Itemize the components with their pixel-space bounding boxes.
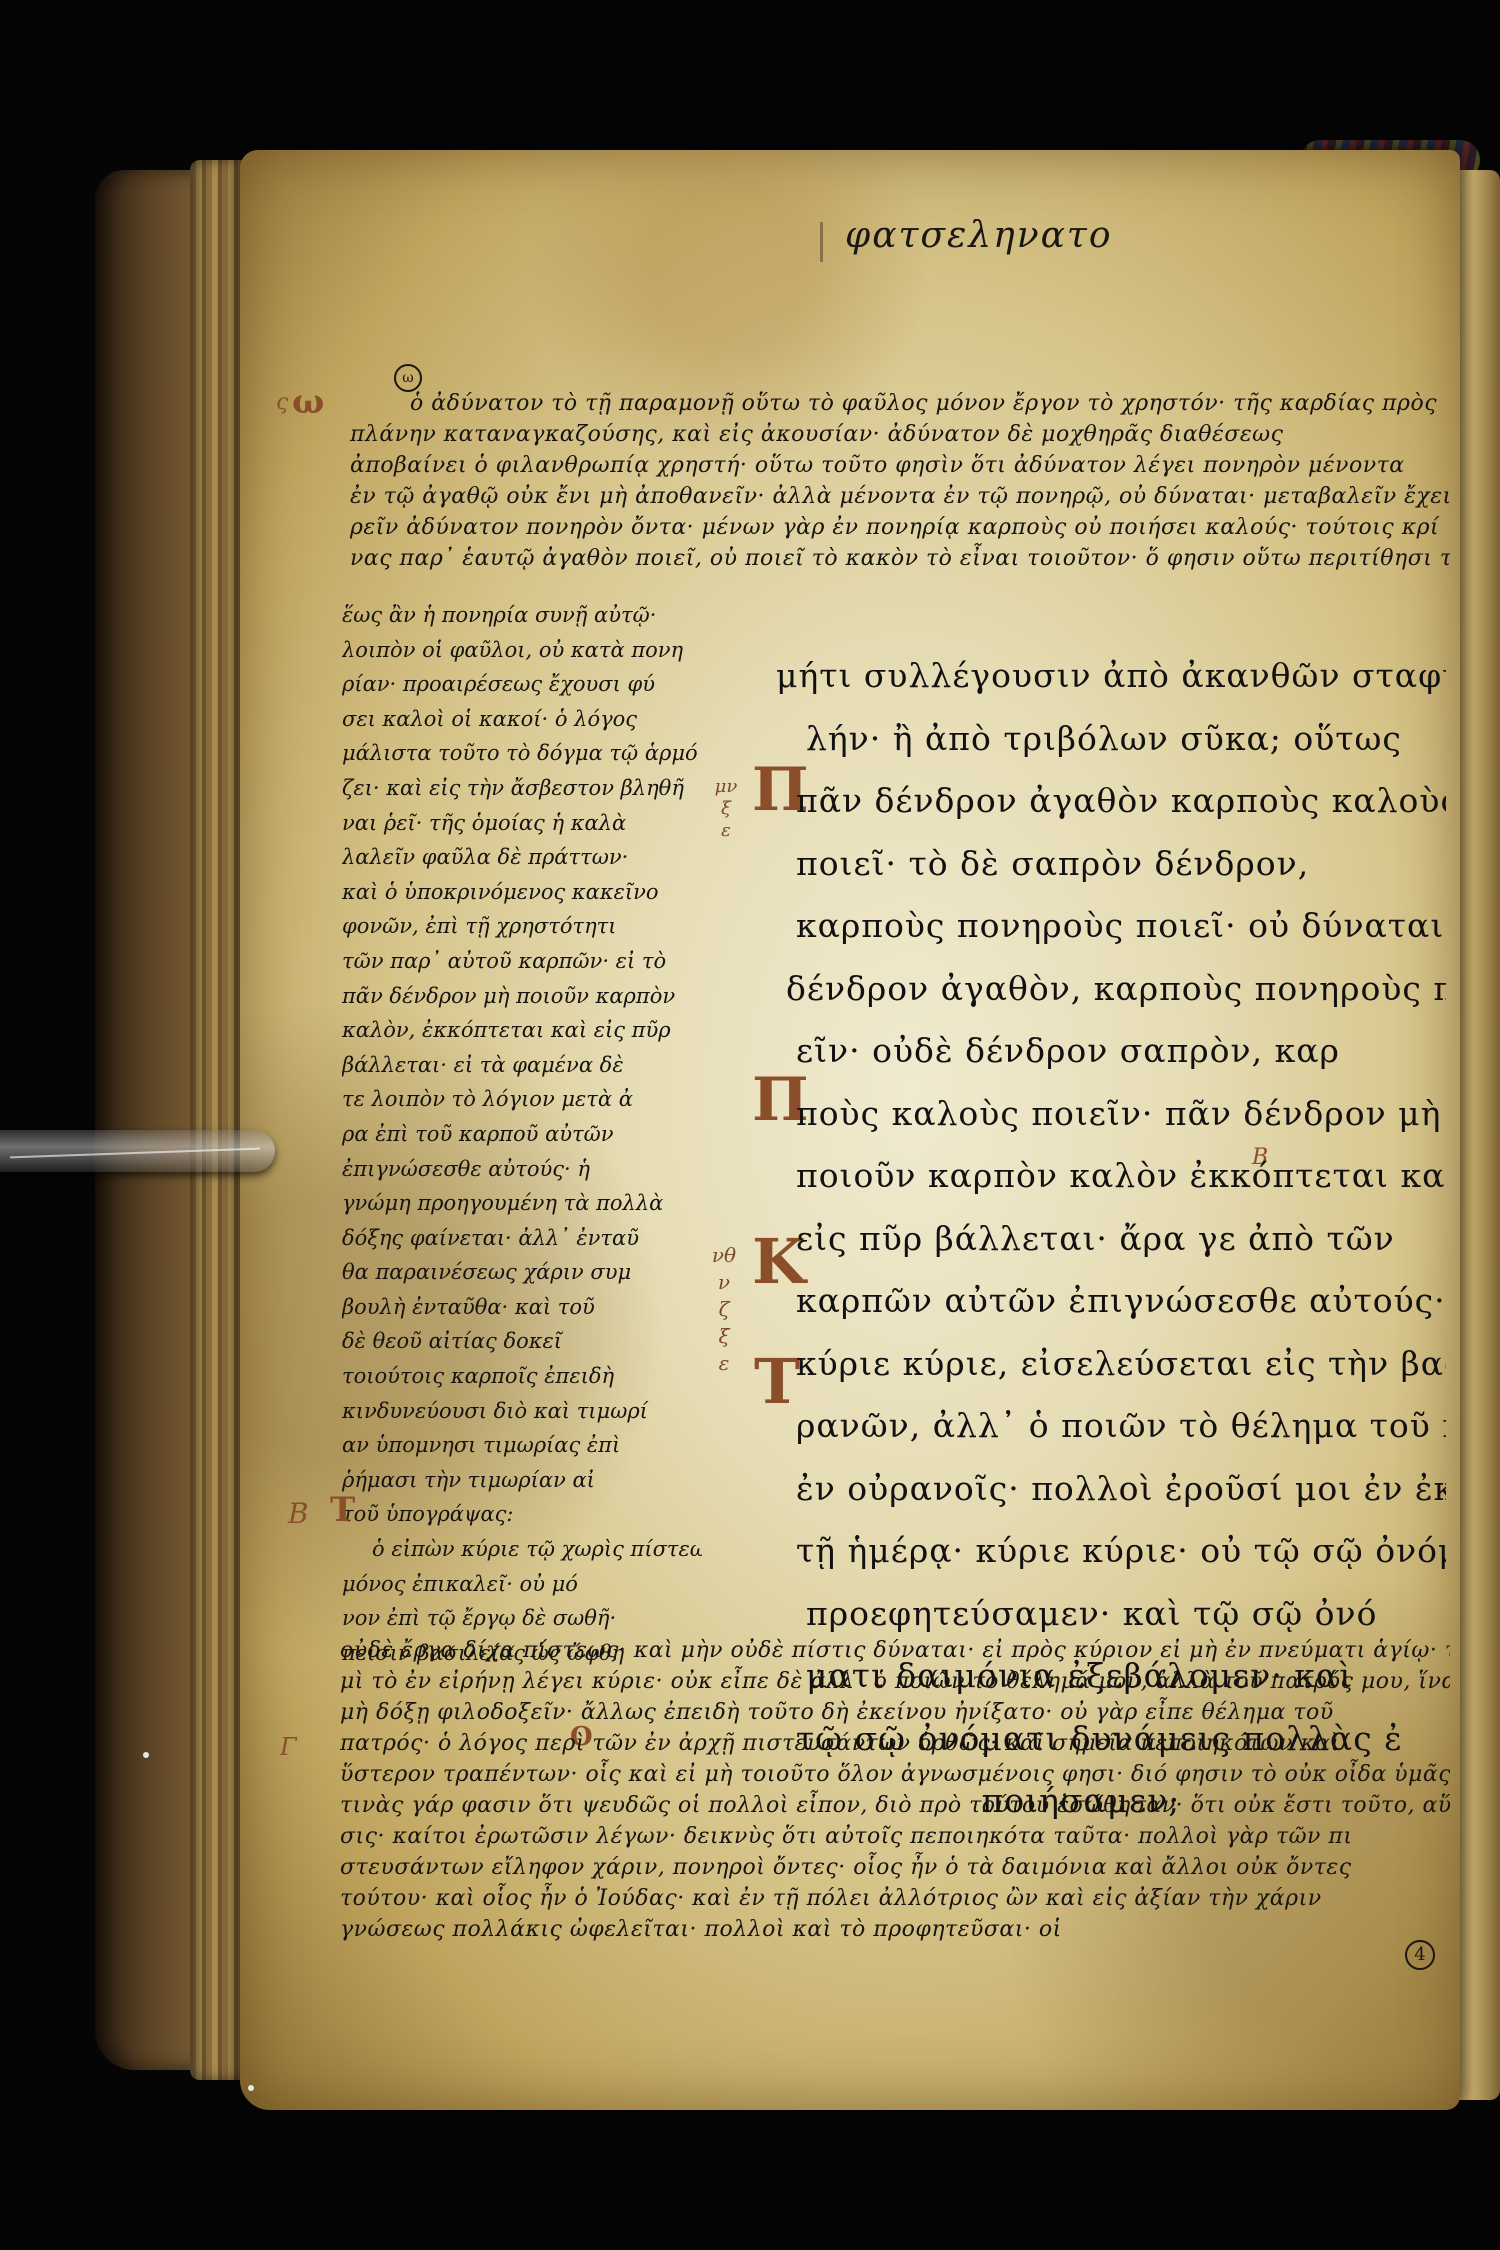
lemma-line: καρπῶν αὐτῶν ἐπιγνώσεσθε αὐτούς· οὐ πᾶς … xyxy=(776,1270,1446,1333)
lemma-line: κύριε κύριε, εἰσελεύσεται εἰς τὴν βασιλε… xyxy=(776,1333,1446,1396)
commentary-line: μάλιστα τοῦτο τὸ δόγμα τῷ ἁρμό xyxy=(342,736,702,771)
section-number: ξ xyxy=(706,798,746,820)
commentary-line: δόξης φαίνεται· ἀλλ᾽ ἐνταῦ xyxy=(342,1221,702,1256)
commentary-line: νας παρ᾽ ἑαυτῷ ἀγαθὸν ποιεῖ, οὐ ποιεῖ τὸ… xyxy=(330,543,1450,574)
commentary-top-block: ὁ ἀδύνατον τὸ τῇ παραμονῇ οὕτω τὸ φαῦλος… xyxy=(330,388,1450,574)
commentary-line: θα παραινέσεως χάριν συμ xyxy=(342,1255,702,1290)
commentary-line: φονῶν, ἐπὶ τῇ χρηστότητι xyxy=(342,909,702,944)
rubric-initial-tau-left: Τ xyxy=(330,1490,355,1530)
margin-mark-top-left: ς xyxy=(276,390,288,415)
commentary-line: δὲ θεοῦ αἰτίας δοκεῖ xyxy=(342,1324,702,1359)
commentary-line: τοῦ ὑπογράψας: xyxy=(342,1497,702,1532)
commentary-line: τούτου· καὶ οἷος ἦν ὁ Ἰούδας· καὶ ἐν τῇ … xyxy=(330,1883,1450,1914)
commentary-line: ἐν τῷ ἀγαθῷ οὐκ ἔνι μὴ ἀποθανεῖν· ἀλλὰ μ… xyxy=(330,481,1450,512)
commentary-line: πᾶν δένδρον μὴ ποιοῦν καρπὸν xyxy=(342,979,702,1014)
commentary-line: ρα ἐπὶ τοῦ καρποῦ αὐτῶν xyxy=(342,1117,702,1152)
commentary-line: βάλλεται· εἰ τὰ φαμένα δὲ xyxy=(342,1048,702,1083)
commentary-bottom-block: οὐδὲ ἔργα δίχα πίστεως· καὶ μὴν οὐδὲ πίσ… xyxy=(330,1635,1450,1945)
commentary-line: τινὰς γάρ φασιν ὅτι ψευδῶς οἱ πολλοὶ εἶπ… xyxy=(330,1790,1450,1821)
commentary-line: τοιούτοις καρποῖς ἐπειδὴ xyxy=(342,1359,702,1394)
commentary-line: ρίαν· προαιρέσεως ἔχουσι φύ xyxy=(342,667,702,702)
commentary-line: λαλεῖν φαῦλα δὲ πράττων· xyxy=(342,840,702,875)
commentary-line: γνώμη προηγουμένη τὰ πολλὰ xyxy=(342,1186,702,1221)
section-number: ε xyxy=(706,820,746,842)
commentary-line: βουλὴ ἐνταῦθα· καὶ τοῦ xyxy=(342,1290,702,1325)
lemma-line: δένδρον ἀγαθὸν, καρποὺς πονηροὺς ποι xyxy=(776,958,1446,1021)
quire-number-circle: 4 xyxy=(1405,1940,1435,1970)
commentary-line: γνώσεως πολλάκις ὠφελεῖται· πολλοὶ καὶ τ… xyxy=(330,1914,1450,1945)
commentary-left-column: ἕως ἂν ἡ πονηρία συνῇ αὐτῷ· λοιπὸν οἱ φα… xyxy=(342,598,702,1670)
commentary-line: ναι ῥεῖ· τῆς ὁμοίας ἡ καλὰ xyxy=(342,806,702,841)
lemma-line: ποὺς καλοὺς ποιεῖν· πᾶν δένδρον μὴ xyxy=(776,1083,1446,1146)
commentary-line: ζει· καὶ εἰς τὴν ἄσβεστον βληθῆ xyxy=(342,771,702,806)
commentary-line: οὐδὲ ἔργα δίχα πίστεως· καὶ μὴν οὐδὲ πίσ… xyxy=(330,1635,1450,1666)
lemma-line: εἰς πῦρ βάλλεται· ἄρα γε ἀπὸ τῶν xyxy=(776,1208,1446,1271)
pin-dot xyxy=(143,1752,149,1758)
commentary-line: νον ἐπὶ τῷ ἔργῳ δὲ σωθῆ· xyxy=(342,1601,702,1636)
commentary-line: πλάνην καταναγκαζούσης, καὶ εἰς ἀκουσίαν… xyxy=(330,419,1450,450)
lemma-line: λήν· ἢ ἀπὸ τριβόλων σῦκα; οὕτως xyxy=(776,708,1446,771)
commentary-line: σις· καίτοι ἐρωτῶσιν λέγων· δεικνὺς ὅτι … xyxy=(330,1821,1450,1852)
commentary-line: τῶν παρ᾽ αὐτοῦ καρπῶν· εἰ τὸ xyxy=(342,944,702,979)
commentary-line: καλὸν, ἐκκόπτεται καὶ εἰς πῦρ xyxy=(342,1013,702,1048)
commentary-line: ρεῖν ἀδύνατον πονηρὸν ὄντα· μένων γὰρ ἐν… xyxy=(330,512,1450,543)
commentary-line: ὕστερον τραπέντων· οἷς καὶ εἰ μὴ τοιοῦτο… xyxy=(330,1759,1450,1790)
lemma-line: πᾶν δένδρον ἀγαθὸν καρποὺς καλοὺς xyxy=(776,770,1446,833)
lemma-line: ρανῶν, ἀλλ᾽ ὁ ποιῶν τὸ θέλημα τοῦ πατρός… xyxy=(776,1395,1446,1458)
commentary-line: ὁ εἰπὼν κύριε τῷ χωρὶς πίστεως xyxy=(342,1532,702,1567)
lemma-line: ἐν οὐρανοῖς· πολλοὶ ἐροῦσί μοι ἐν ἐκείνῃ xyxy=(776,1458,1446,1521)
top-marginal-note: φατσεληνατο xyxy=(845,215,1113,256)
commentary-line: λοιπὸν οἱ φαῦλοι, οὐ κατὰ πονη xyxy=(342,633,702,668)
commentary-line: καὶ ὁ ὑποκρινόμενος κακεῖνο xyxy=(342,875,702,910)
commentary-line: αν ὑπομνησι τιμωρίας ἐπὶ xyxy=(342,1428,702,1463)
lemma-line: τῇ ἡμέρᾳ· κύριε κύριε· οὐ τῷ σῷ ὀνόματι xyxy=(776,1520,1446,1583)
commentary-line: ἐπιγνώσεσθε αὐτούς· ἡ xyxy=(342,1152,702,1187)
commentary-line: τε λοιπὸν τὸ λόγιον μετὰ ἀ xyxy=(342,1082,702,1117)
commentary-line: μόνος ἐπικαλεῖ· οὐ μό xyxy=(342,1567,702,1602)
margin-mark-gamma: Γ xyxy=(280,1733,297,1761)
commentary-line: κινδυνεύουσι διὸ καὶ τιμωρί xyxy=(342,1394,702,1429)
lemma-line: ποιοῦν καρπὸν καλὸν ἐκκόπτεται καὶ xyxy=(776,1145,1446,1208)
pin-dot xyxy=(248,2085,254,2091)
section-number: νθ xyxy=(704,1242,744,1269)
section-number: μν xyxy=(706,776,746,798)
commentary-line: ῥήμασι τὴν τιμωρίαν αἰ xyxy=(342,1463,702,1498)
lemma-line: εῖν· οὐδὲ δένδρον σαπρὸν, καρ xyxy=(776,1020,1446,1083)
commentary-line: ὁ ἀδύνατον τὸ τῇ παραμονῇ οὕτω τὸ φαῦλος… xyxy=(330,388,1450,419)
section-number: ν xyxy=(704,1269,744,1296)
section-number: ζ xyxy=(704,1296,744,1323)
commentary-line: ἀποβαίνει ὁ φιλανθρωπίᾳ χρηστή· οὕτω τοῦ… xyxy=(330,450,1450,481)
lemma-line: μήτι συλλέγουσιν ἀπὸ ἀκανθῶν σταφυ xyxy=(776,645,1446,708)
commentary-line: μὴ δόξῃ φιλοδοξεῖν· ἄλλως ἐπειδὴ τοῦτο δ… xyxy=(330,1697,1450,1728)
commentary-line: στευσάντων εἴληφον χάριν, πονηροὶ ὄντες·… xyxy=(330,1852,1450,1883)
lemma-line: ποιεῖ· τὸ δὲ σαπρὸν δένδρον, xyxy=(776,833,1446,896)
lemma-line: καρποὺς πονηροὺς ποιεῖ· οὐ δύναται xyxy=(776,895,1446,958)
margin-mark-beta: Β xyxy=(288,1497,309,1530)
faint-stroke xyxy=(820,222,823,262)
section-number: ε xyxy=(704,1350,744,1377)
section-numbers-lower: νθ ν ζ ξ ε xyxy=(704,1242,744,1377)
rubric-initial-omega: ω xyxy=(292,382,324,422)
commentary-line: ἕως ἂν ἡ πονηρία συνῇ αὐτῷ· xyxy=(342,598,702,633)
commentary-line: μὶ τὸ ἐν εἰρήνῃ λέγει κύριε· οὐκ εἶπε δὲ… xyxy=(330,1666,1450,1697)
section-numbers-upper: μν ξ ε xyxy=(706,776,746,842)
page-edge-right xyxy=(1455,170,1500,2100)
section-number: ξ xyxy=(704,1323,744,1350)
commentary-line: πατρός· ὁ λόγος περὶ τῶν ἐν ἀρχῇ πιστευσ… xyxy=(330,1728,1450,1759)
commentary-line: σει καλοὶ οἱ κακοί· ὁ λόγος xyxy=(342,702,702,737)
